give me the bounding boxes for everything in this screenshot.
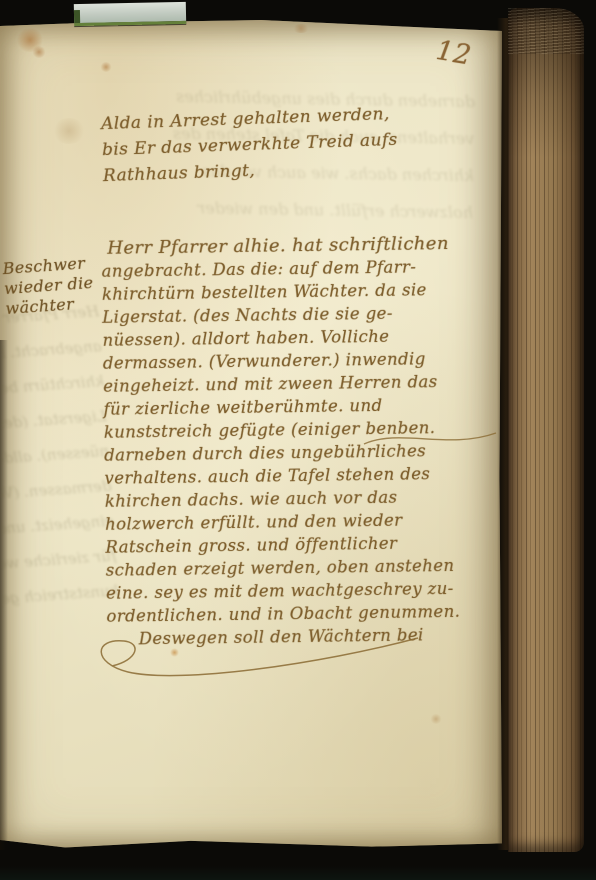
margin-note: Beschwer wieder die wächter [2, 253, 96, 319]
ruler-tab [74, 2, 186, 26]
background-strip [0, 866, 596, 880]
page-number: 12 [434, 35, 474, 71]
ruler-tab-end [74, 10, 80, 23]
fore-edge-page-stack [508, 8, 584, 54]
manuscript-photo: { "page": { "number": "12" }, "margin_no… [0, 0, 596, 880]
main-paragraph: Herr Pfarrer alhie. hat schriftlichen an… [101, 231, 507, 651]
page-edge-shadow [0, 340, 8, 850]
top-paragraph: Alda in Arrest gehalten werden, bis Er d… [101, 101, 399, 189]
book-fore-edge [508, 8, 584, 852]
